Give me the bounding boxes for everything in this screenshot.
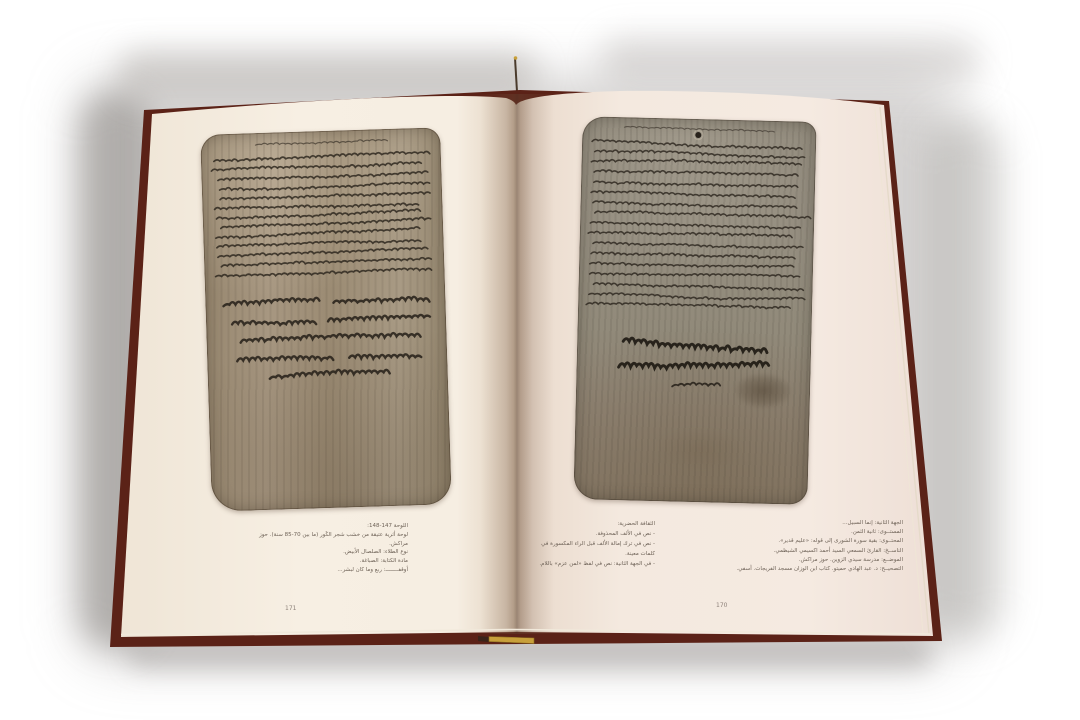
caption-line: أوقفــــــــ: ربع وما كان لبشر... bbox=[243, 566, 408, 575]
page-number-right: 170 bbox=[716, 602, 727, 609]
script-row bbox=[217, 239, 421, 249]
script-row bbox=[270, 368, 390, 379]
script-row bbox=[593, 201, 797, 209]
caption-line: نوع الطلاء: الصلصال الأبيض. bbox=[243, 548, 408, 557]
caption-line: - نص في ترك إمالة الألف قبل الراء المكسو… bbox=[530, 539, 655, 559]
script-row bbox=[215, 201, 419, 212]
caption-line: مادة الكتابة: الصباغة. bbox=[243, 557, 408, 566]
script-row bbox=[623, 338, 767, 353]
script-row bbox=[221, 257, 431, 267]
script-row bbox=[672, 382, 720, 388]
script-row bbox=[590, 270, 800, 280]
script-row bbox=[223, 297, 319, 306]
script-row bbox=[237, 355, 333, 363]
script-row bbox=[593, 283, 803, 291]
headband-gold-tip-icon bbox=[514, 56, 518, 60]
caption-line: المستــوى: ثانية الثمن. bbox=[723, 528, 903, 537]
script-row bbox=[216, 227, 420, 239]
script-row bbox=[593, 241, 803, 249]
script-row bbox=[216, 209, 420, 220]
open-book bbox=[0, 0, 1080, 720]
script-row bbox=[590, 221, 800, 229]
hanging-hole-icon bbox=[695, 132, 701, 138]
caption-line: الموضــع: مدرسة سيدي الزوين. حوز مراكش. bbox=[723, 556, 903, 565]
caption-line: الجهة الثانية: إنما السبيل... bbox=[723, 519, 903, 528]
script-row bbox=[349, 353, 421, 360]
script-row bbox=[595, 149, 805, 159]
script-row bbox=[586, 301, 790, 309]
page-number-left: 171 bbox=[285, 605, 296, 612]
gutter-bottom-notch bbox=[478, 636, 489, 642]
script-row bbox=[214, 151, 430, 162]
script-row bbox=[216, 267, 432, 278]
script-row bbox=[333, 296, 429, 304]
script-row bbox=[595, 210, 811, 219]
caption-line: الناســخ: القارئ السمعي السيد أحمد اكسيم… bbox=[723, 547, 903, 556]
caption-line: اللوحة 147-148: bbox=[243, 522, 408, 531]
script-row bbox=[241, 332, 421, 343]
script-row bbox=[590, 260, 794, 269]
script-row bbox=[589, 292, 805, 302]
right-plate-photo bbox=[573, 116, 816, 505]
caption-line: - في الجهة الثانية: نص في لفظ «لمن عزم» … bbox=[530, 559, 655, 569]
script-row bbox=[218, 247, 428, 257]
script-row bbox=[211, 161, 421, 172]
caption-line: التصحيــح: د. عبد الهادي حميتو. كتاب ابن… bbox=[723, 565, 903, 574]
right-plate-caption-primary: الجهة الثانية: إنما السبيل... المستــوى:… bbox=[723, 519, 903, 574]
script-row bbox=[592, 139, 802, 149]
script-row bbox=[328, 314, 430, 321]
script-row bbox=[588, 230, 792, 239]
right-plate-caption-secondary: الثقافة الحضرية: - نص في الألف المحذوفة.… bbox=[530, 519, 655, 569]
photo-canvas: اللوحة 147-148: لوحة أثرية عتيقة من خشب … bbox=[0, 0, 1080, 720]
caption-line: لوحة أثرية عتيقة من خشب شجر الڭور (ما بي… bbox=[243, 531, 408, 549]
script-row bbox=[591, 157, 801, 167]
script-row bbox=[220, 181, 430, 192]
left-plate-caption: اللوحة 147-148: لوحة أثرية عتيقة من خشب … bbox=[243, 522, 408, 575]
script-row bbox=[220, 191, 430, 201]
script-row bbox=[594, 169, 798, 177]
script-row bbox=[218, 171, 428, 181]
script-row bbox=[255, 139, 387, 146]
script-row bbox=[594, 180, 798, 188]
script-row bbox=[591, 190, 795, 198]
caption-line: المحتــوى: بقية سورة الشورى إلى قوله: «ع… bbox=[723, 537, 903, 546]
script-row bbox=[232, 319, 316, 327]
caption-heading: الثقافة الحضرية: bbox=[530, 519, 655, 529]
caption-line: - نص في الألف المحذوفة. bbox=[530, 529, 655, 539]
left-plate-photo bbox=[200, 127, 452, 511]
script-row bbox=[591, 251, 795, 259]
left-manuscript-script bbox=[200, 127, 452, 511]
